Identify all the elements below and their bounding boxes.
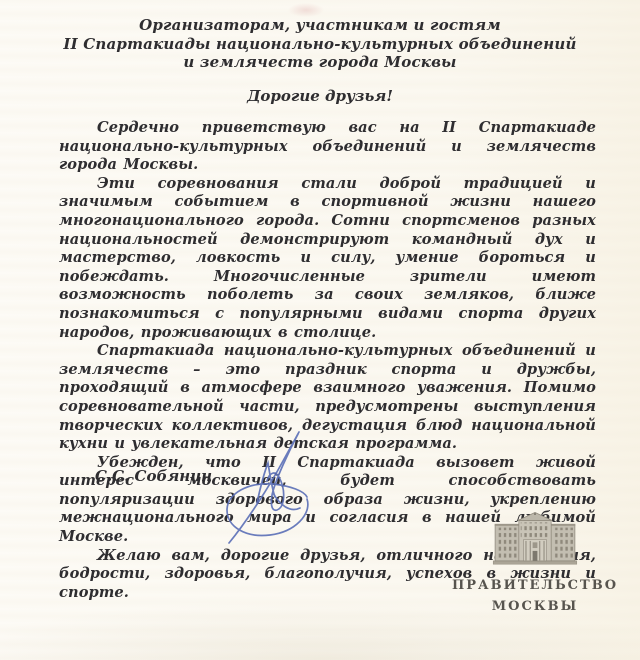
paragraph-3: Спартакиада национально-культурных объед… bbox=[59, 342, 596, 454]
government-label-line-1: ПРАВИТЕЛЬСТВО bbox=[446, 575, 624, 596]
moscow-government-emblem: ПРАВИТЕЛЬСТВО МОСКВЫ bbox=[446, 511, 624, 617]
handwritten-signature bbox=[218, 429, 320, 549]
paragraph-1: Сердечно приветствую вас на II Спартакиа… bbox=[59, 119, 596, 175]
letter-page: Организаторам, участникам и гостям II Сп… bbox=[0, 0, 640, 660]
recipient-line-1: Организаторам, участникам и гостям bbox=[0, 16, 640, 35]
recipient-line-3: и землячеств города Москвы bbox=[0, 53, 640, 72]
signature-scribble-icon bbox=[218, 429, 320, 549]
recipient-line-2: II Спартакиады национально-культурных об… bbox=[0, 35, 640, 54]
paragraph-2: Эти соревнования стали доброй традицией … bbox=[59, 175, 596, 342]
signer-name: С.С. Собянин bbox=[95, 467, 212, 485]
moscow-government-building-icon bbox=[492, 511, 578, 568]
recipient-block: Организаторам, участникам и гостям II Сп… bbox=[0, 16, 640, 72]
salutation: Дорогие друзья! bbox=[0, 87, 640, 105]
government-label-line-2: МОСКВЫ bbox=[446, 596, 624, 617]
